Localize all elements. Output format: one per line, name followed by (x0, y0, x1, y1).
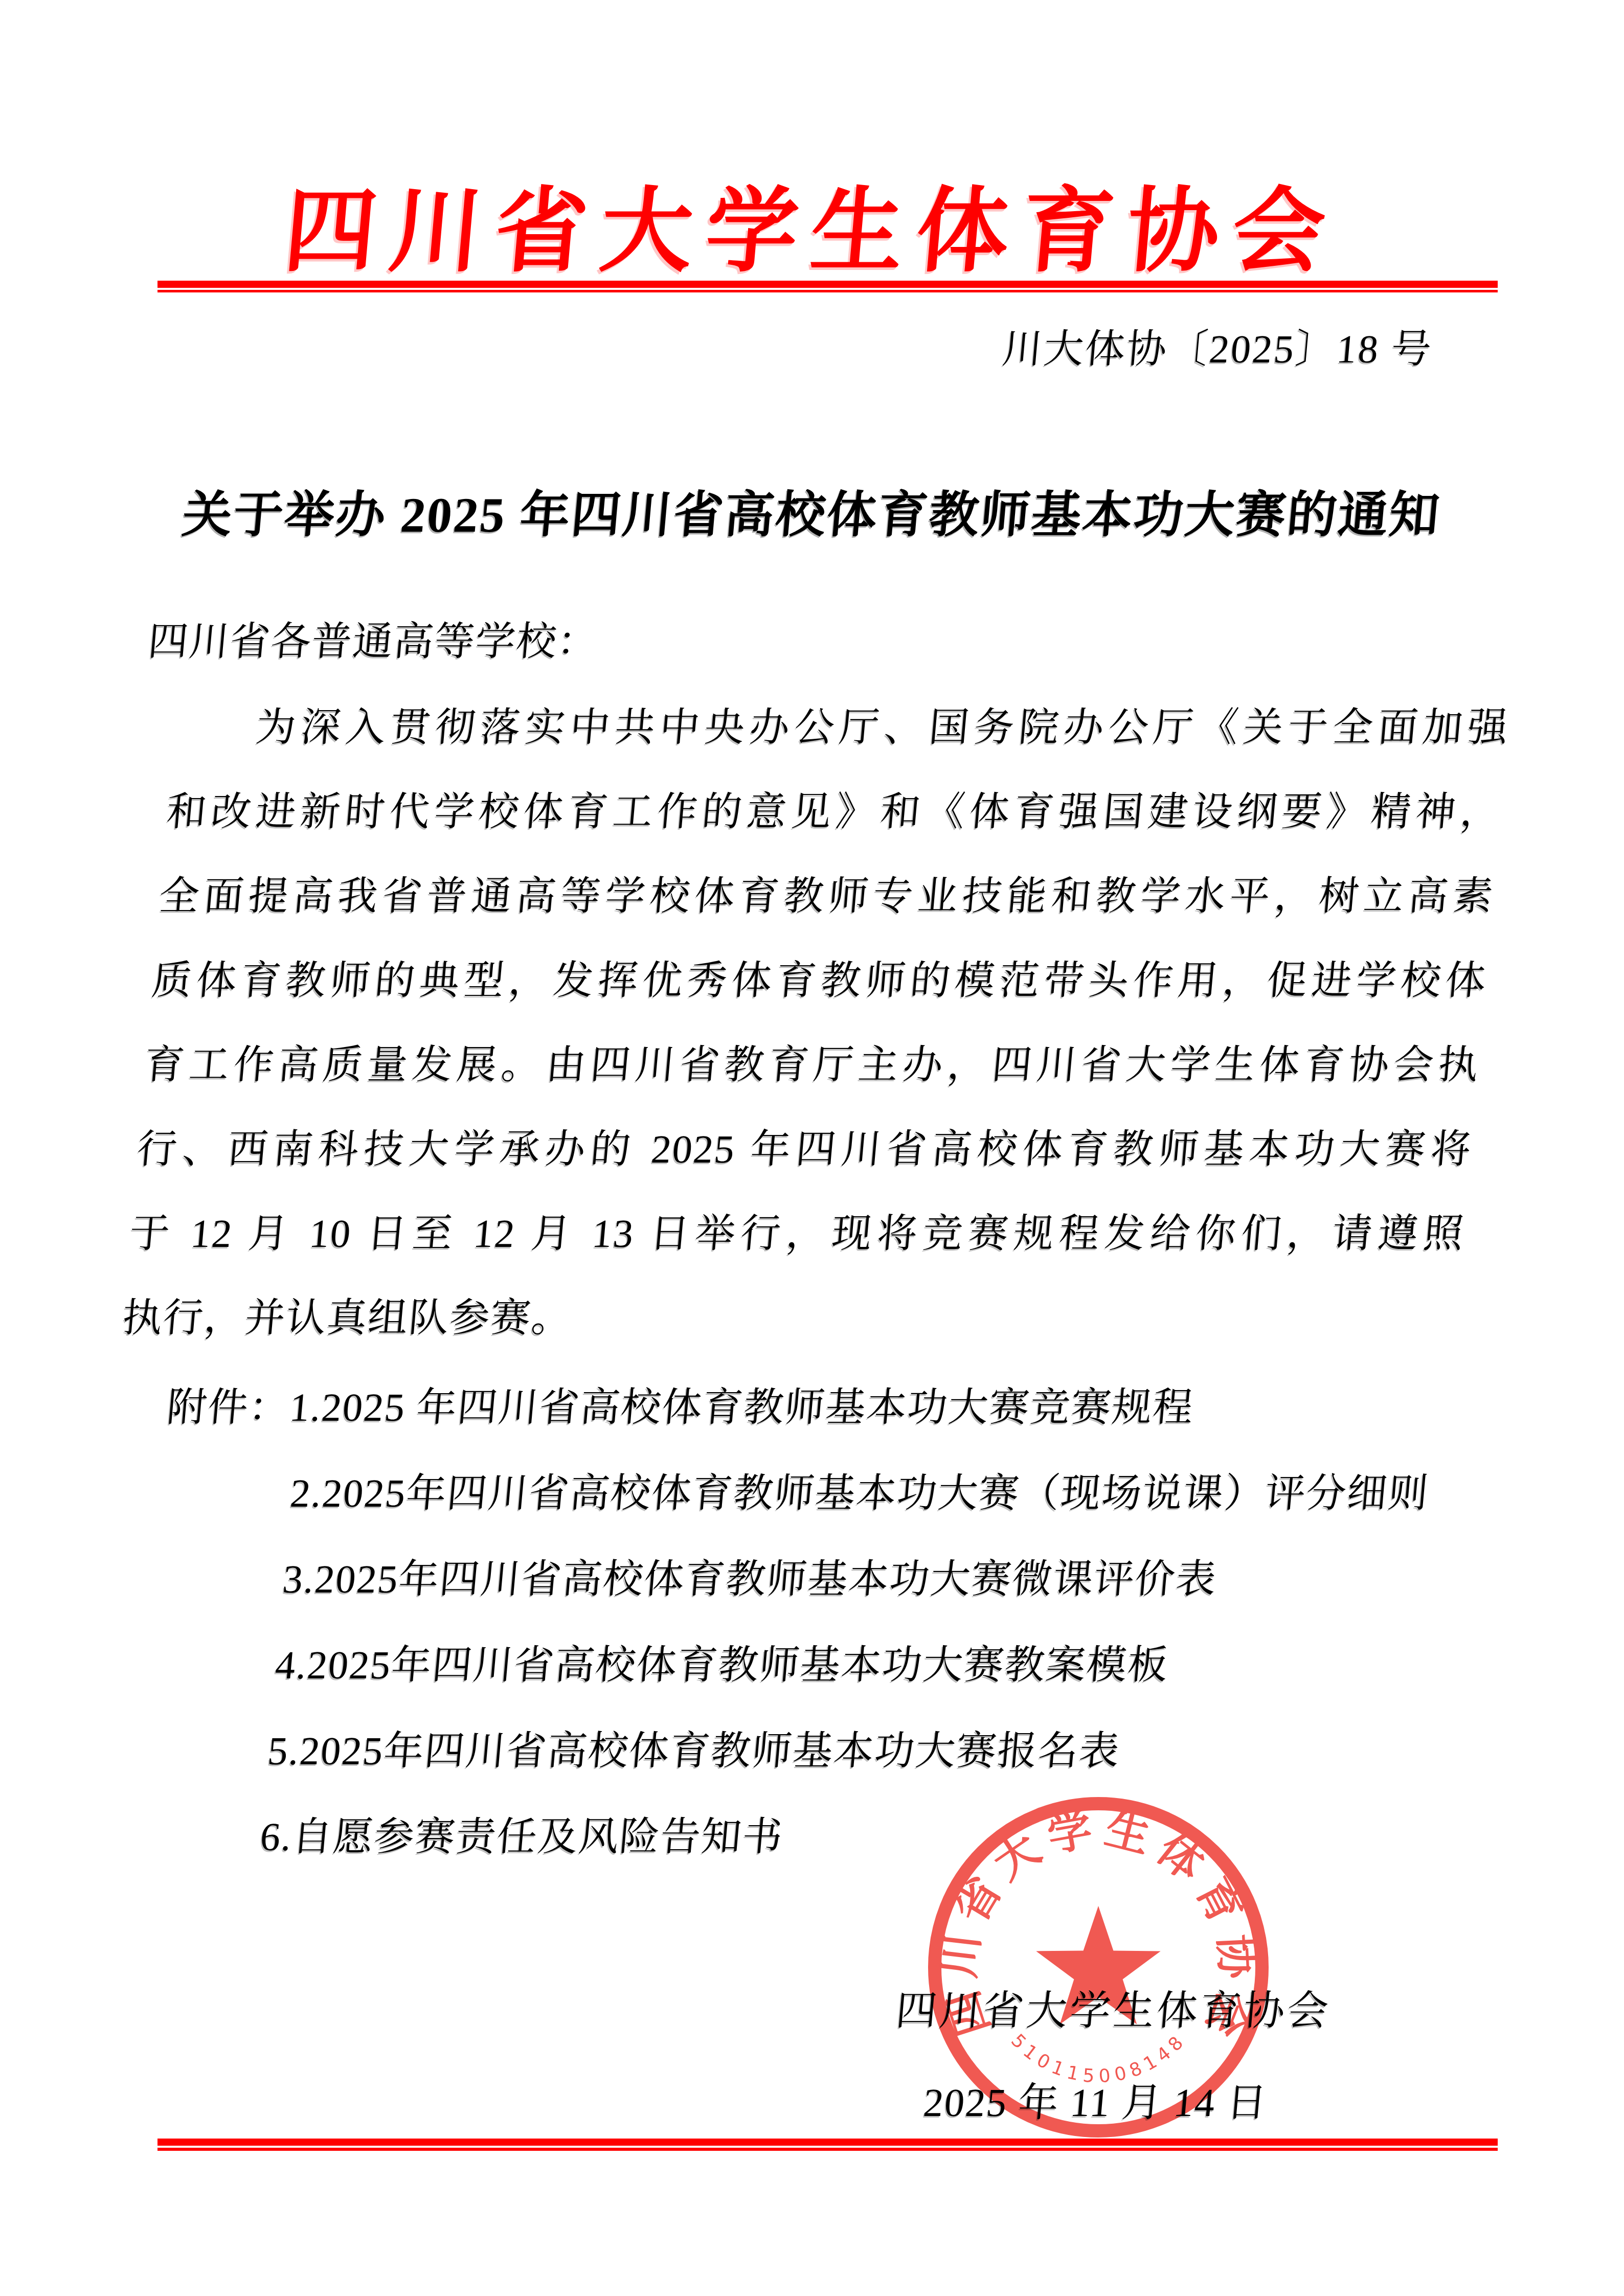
attachment-item: 5.2025年四川省高校体育教师基本功大赛报名表 (133, 1708, 1476, 1794)
attachment-item: 4.2025年四川省高校体育教师基本功大赛教案模板 (141, 1622, 1483, 1708)
attachment-list: 附件：1.2025 年四川省高校体育教师基本功大赛竞赛规程 2.2025年四川省… (126, 1365, 1505, 1880)
paragraph-line: 质体育教师的典型，发挥优秀体育教师的模范带头作用，促进学校体 (148, 938, 1490, 1022)
paragraph-line: 行、西南科技大学承办的 2025 年四川省高校体育教师基本功大赛将 (133, 1107, 1475, 1191)
salutation: 四川省各普通高等学校： (145, 599, 1486, 684)
document-page: 四川省大学生体育协会 川大体协〔2025〕18 号 关于举办 2025 年四川省… (0, 0, 1624, 2296)
paragraph-line: 育工作高质量发展。由四川省教育厅主办，四川省大学生体育协会执 (141, 1022, 1483, 1107)
signature-org: 四川省大学生体育协会 (894, 1977, 1334, 2036)
paragraph-line: 执行，并认真组队参赛。 (119, 1276, 1460, 1360)
attachment-item: 2.2025年四川省高校体育教师基本功大赛（现场说课）评分细则 (156, 1450, 1498, 1536)
paragraph-line: 和改进新时代学校体育工作的意见》和《体育强国建设纲要》精神， (163, 769, 1505, 854)
attachment-item: 附件：1.2025 年四川省高校体育教师基本功大赛竞赛规程 (163, 1365, 1505, 1450)
letterhead-org-title: 四川省大学生体育协会 (0, 157, 1624, 289)
paragraph-line: 于 12 月 10 日至 12 月 13 日举行，现将竞赛规程发给你们，请遵照 (126, 1191, 1468, 1276)
attachment-item: 3.2025年四川省高校体育教师基本功大赛微课评价表 (148, 1536, 1491, 1622)
notice-title: 关于举办 2025 年四川省高校体育教师基本功大赛的通知 (0, 474, 1624, 546)
footer-rule-thin (157, 2148, 1498, 2151)
paragraph-line: 全面提高我省普通高等学校体育教师专业技能和教学水平，树立高素 (155, 854, 1497, 938)
paragraph-line: 为深入贯彻落实中共中央办公厅、国务院办公厅《关于全面加强 (170, 685, 1512, 769)
document-number: 川大体协〔2025〕18 号 (1001, 317, 1436, 374)
letterhead-rule-thin (157, 290, 1498, 292)
signature-date: 2025 年 11 月 14 日 (921, 2071, 1270, 2128)
letterhead-rule-thick (157, 281, 1498, 288)
footer-rule-thick (157, 2139, 1498, 2146)
body-paragraph: 为深入贯彻落实中共中央办公厅、国务院办公厅《关于全面加强 和改进新时代学校体育工… (119, 685, 1512, 1360)
